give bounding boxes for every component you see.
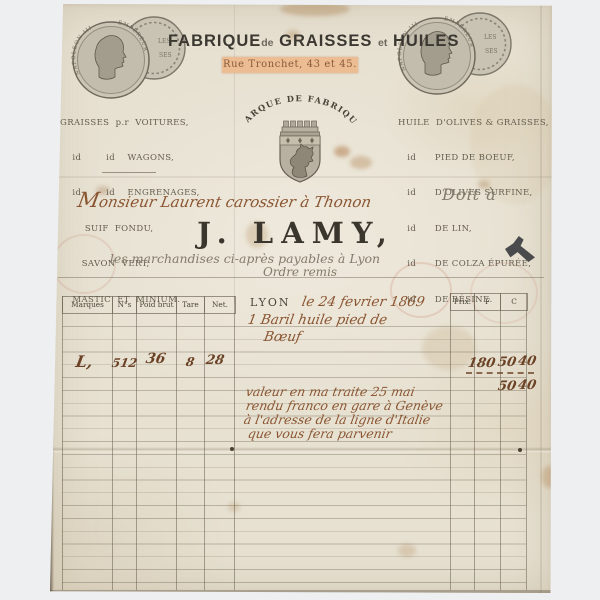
- paper-stain: [542, 466, 557, 488]
- list-divider: [102, 172, 156, 173]
- total-dashed-rule: [466, 372, 534, 374]
- column-header-numeros: N°s: [113, 297, 137, 313]
- title-word: GRAISSES: [279, 32, 372, 50]
- napoleon-medal-illustration: LES SES NAPOLEON III EMPEREUR: [70, 10, 192, 102]
- amount-francs: 50: [497, 355, 518, 370]
- note-line: à l'adresse de la ligne d'Italie: [243, 412, 432, 427]
- row-poids-brut-value: 36: [145, 351, 167, 367]
- medal-back-text: SES: [159, 52, 172, 59]
- weights-table-header: Marques N°s Poid brut Tare Net.: [62, 296, 236, 314]
- product-line: HUILE D'OLIVES & GRAISSES,: [398, 118, 550, 130]
- dateline: LYON le 24 fevrier 1869: [250, 291, 424, 310]
- napoleon-medal-illustration: LES SES NAPOLEON III EMPEREUR: [396, 6, 518, 98]
- medal-pair-right: LES SES NAPOLEON III EMPEREUR: [396, 6, 518, 98]
- column-header-net: Net.: [205, 297, 235, 313]
- medal-back-text: SES: [485, 48, 498, 55]
- column-header-tare: Tare: [177, 297, 205, 313]
- payment-terms-line: les marchandises ci-après payables à Lyo…: [50, 251, 440, 266]
- carry-francs: 50: [497, 379, 518, 394]
- row-marque-value: L,: [74, 352, 94, 371]
- product-line: id PIED DE BOEUF,: [398, 153, 550, 165]
- row-net-value: 28: [205, 353, 226, 368]
- section-rule: [58, 277, 544, 278]
- place-label: LYON: [250, 296, 291, 309]
- date-handwritten: le 24 fevrier 1869: [300, 294, 425, 310]
- table-column-rule: [526, 293, 527, 590]
- paper-stain: [280, 2, 350, 16]
- note-line: rendu franco en gare à Genève: [245, 398, 445, 413]
- medal-back-text: LES: [484, 34, 496, 41]
- item-description-line: Bœuf: [263, 329, 303, 345]
- product-line: id id WAGONS,: [60, 153, 210, 165]
- price-table-header: Prix. F C: [450, 293, 528, 311]
- invoice-paper: LES SES NAPOLEON III EMPEREUR LES SES: [50, 4, 552, 593]
- carry-centimes: 40: [517, 378, 538, 393]
- shield-icon: [280, 136, 320, 182]
- note-line: que vous fera parvenir: [247, 426, 393, 441]
- svg-text:MARQUE DE FABRIQUE: MARQUE DE FABRIQUE: [230, 70, 360, 126]
- note-line: valeur en ma traite 25 mai: [245, 384, 416, 399]
- product-line: GRAISSES p.r VOITURES,: [60, 118, 210, 130]
- column-header-prix: Prix.: [451, 294, 475, 310]
- medal-pair-left: LES SES NAPOLEON III EMPEREUR: [70, 10, 192, 102]
- item-description-line: 1 Baril huile pied de: [247, 312, 389, 328]
- mural-crown-icon: [281, 121, 320, 136]
- screenshot-root: { "colors": { "background": "#edeff1", "…: [0, 0, 600, 600]
- company-name: J. LAMY,: [50, 216, 542, 250]
- addressee-handwritten-line: Monsieur Laurent carossier à Thonon: [76, 188, 374, 212]
- paper-edge-shadow: [50, 419, 54, 593]
- company-header-title: FABRIQUEde GRAISSES et HUILES: [168, 32, 424, 51]
- title-word: FABRIQUE: [168, 32, 261, 50]
- column-header-marques: Marques: [63, 297, 113, 313]
- title-word: HUILES: [393, 32, 460, 50]
- paper-edge-shadow: [50, 590, 552, 593]
- amount-centimes: 40: [517, 354, 538, 369]
- title-word-small: de: [261, 37, 273, 49]
- doit-a-label: Doit à: [442, 185, 497, 204]
- trademark-crest: MARQUE DE FABRIQUE: [230, 70, 370, 190]
- row-numero-value: 512: [111, 356, 139, 370]
- column-header-centimes: C: [501, 294, 527, 310]
- title-word-small: et: [378, 37, 387, 49]
- coat-of-arms-illustration: MARQUE DE FABRIQUE: [230, 70, 370, 190]
- column-header-francs: F: [475, 294, 501, 310]
- trademark-arc-label: MARQUE DE FABRIQUE: [230, 70, 360, 126]
- amount-prix: 180: [467, 356, 497, 371]
- column-header-poids-brut: Poid brut: [137, 297, 177, 313]
